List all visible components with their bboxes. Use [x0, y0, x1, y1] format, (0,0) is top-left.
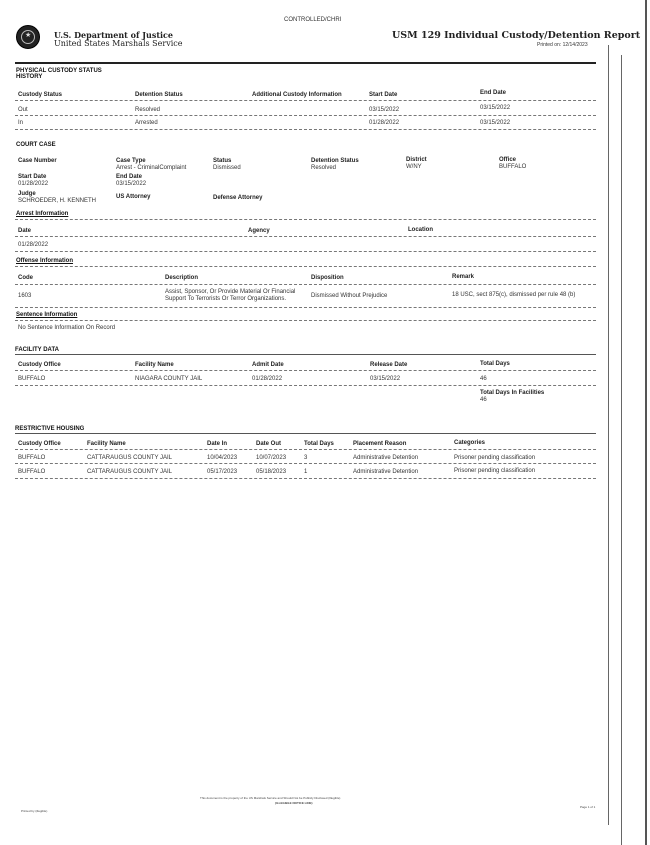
col-location: Location — [408, 227, 433, 233]
defense-attorney-label: Defense Attorney — [213, 195, 262, 201]
detention-status-label: Detention Status — [311, 158, 359, 164]
section-title-court-case: COURT CASE — [16, 142, 56, 148]
detention-status: Resolved — [311, 165, 336, 171]
col-release-date: Release Date — [370, 362, 407, 368]
col-rh-date-out: Date Out — [256, 441, 281, 447]
col-rh-total-days: Total Days — [304, 441, 334, 447]
section-title-restrictive-housing: RESTRICTIVE HOUSING — [15, 426, 84, 432]
scan-border-line — [608, 45, 609, 825]
printed-on: Printed on: 12/14/2023 — [537, 42, 588, 48]
col-arrest-date: Date — [18, 228, 31, 234]
col-description: Description — [165, 275, 198, 281]
col-rh-date-in: Date In — [207, 441, 227, 447]
subsection-sentence-information: Sentence Information — [16, 312, 77, 318]
col-agency: Agency — [248, 228, 270, 234]
sentence-info-text: No Sentence Information On Record — [18, 325, 115, 331]
footer-page-number: Page 1 of 1 — [580, 805, 595, 809]
classification-marking: CONTROLLED/CHRI — [284, 17, 341, 23]
start-date: 01/28/2022 — [18, 181, 48, 187]
section-subtitle-history: HISTORY — [16, 74, 42, 80]
footer-notice: This document is the property of the US … — [200, 796, 340, 800]
col-start-date: Start Date — [369, 92, 397, 98]
section-title-facility-data: FACILITY DATA — [15, 347, 59, 353]
subsection-arrest-information: Arrest Information — [16, 211, 68, 217]
col-rh-placement-reason: Placement Reason — [353, 441, 406, 447]
col-disposition: Disposition — [311, 275, 344, 281]
office-label: Office — [499, 157, 516, 163]
end-date-label: End Date — [116, 174, 142, 180]
col-facility-name: Facility Name — [135, 362, 174, 368]
doj-seal-icon: ★ — [16, 25, 40, 49]
col-code: Code — [18, 275, 33, 281]
col-rh-facility-name: Facility Name — [87, 441, 126, 447]
case-type: Arrest - CriminalComplaint — [116, 165, 186, 171]
status: Dismissed — [213, 165, 241, 171]
judge-label: Judge — [18, 191, 36, 197]
start-date-label: Start Date — [18, 174, 46, 180]
office: BUFFALO — [499, 164, 526, 170]
col-custody-status: Custody Status — [18, 92, 62, 98]
judge: SCHROEDER, H. KENNETH — [18, 198, 96, 204]
total-days-in-facilities: 46 — [480, 397, 487, 403]
end-date: 03/15/2022 — [116, 181, 146, 187]
col-end-date: End Date — [480, 90, 506, 96]
col-custody-office: Custody Office — [18, 362, 61, 368]
col-remark: Remark — [452, 274, 474, 280]
col-rh-categories: Categories — [454, 440, 485, 446]
case-number-label: Case Number — [18, 158, 57, 164]
scan-border-line — [621, 55, 622, 845]
total-days-in-facilities-label: Total Days In Facilities — [480, 390, 544, 396]
scan-border-line — [645, 0, 647, 845]
col-detention-status: Detention Status — [135, 92, 183, 98]
subsection-offense-information: Offense Information — [16, 258, 73, 264]
district-label: District — [406, 157, 427, 163]
us-attorney-label: US Attorney — [116, 194, 150, 200]
footer-notice-2: (ILLEGIBLE NOTICE LINE) — [275, 801, 313, 805]
footer-printed-by: Printed by (illegible) — [21, 809, 47, 813]
report-title: USM 129 Individual Custody/Detention Rep… — [392, 30, 640, 41]
header-divider — [15, 62, 596, 64]
col-additional-info: Additional Custody Information — [252, 92, 342, 98]
district: W/NY — [406, 164, 422, 170]
case-type-label: Case Type — [116, 158, 146, 164]
col-rh-custody-office: Custody Office — [18, 441, 61, 447]
agency-subname: United States Marshals Service — [54, 39, 182, 48]
col-admit-date: Admit Date — [252, 362, 284, 368]
status-label: Status — [213, 158, 231, 164]
col-total-days: Total Days — [480, 361, 510, 367]
